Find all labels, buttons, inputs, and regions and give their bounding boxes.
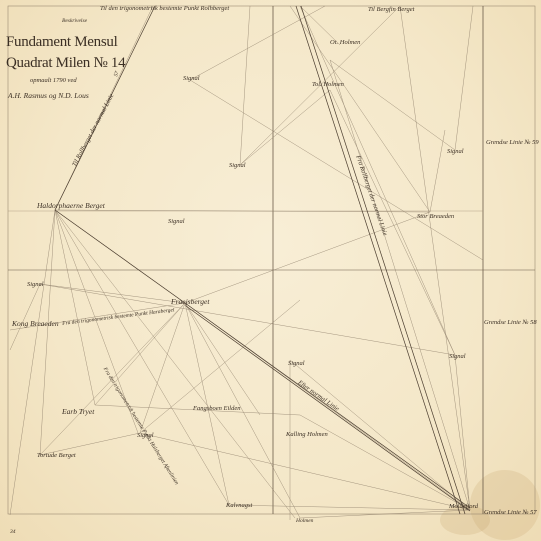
title-heading-small: Beskrivelse bbox=[62, 19, 87, 25]
place-kalvnagst: Kalvnagst bbox=[226, 503, 252, 510]
place-earb-tryet: Earb Tryet bbox=[62, 408, 94, 416]
place-moldefjord: Moldefjord bbox=[449, 504, 478, 511]
place-signal-6: Signal bbox=[288, 361, 305, 368]
label-top-right-direction: Til Bergfin Berget bbox=[368, 7, 414, 14]
corner-note: 34 bbox=[10, 530, 16, 536]
place-signal-2: Signal bbox=[229, 163, 246, 170]
place-stor-breaeden: Stor Breaeden bbox=[417, 214, 454, 221]
place-haldorphaerne-berget: Haldorphaerne Berget bbox=[37, 202, 105, 210]
place-holmen: Holmen bbox=[296, 519, 313, 525]
grid-label-59: Grendse Linie № 59 bbox=[486, 140, 539, 147]
grid-label-57: Grendse Linie № 57 bbox=[484, 510, 537, 517]
triangulation-lines bbox=[0, 0, 541, 541]
place-signal-5: Signal bbox=[27, 282, 44, 289]
place-signal-4: Signal bbox=[168, 219, 185, 226]
place-signal-8: Signal bbox=[137, 433, 154, 440]
survey-date: opmaalt 1790 ved bbox=[30, 78, 77, 85]
place-fangsboen-eilden: Fangsboen Eilden bbox=[193, 406, 240, 413]
place-tol-holmen: Tol. Holmen bbox=[312, 82, 344, 89]
place-ot-holmen: Ot. Holmen bbox=[330, 40, 360, 47]
place-kong-breaeden: Kong Breaeden bbox=[12, 320, 59, 328]
place-signal-7: Signal bbox=[449, 354, 466, 361]
label-top-left-direction: Til den trigonometrisk bestemte Punkt Ro… bbox=[100, 6, 229, 13]
place-fraejsberget: Fraejsberget bbox=[171, 298, 209, 306]
place-kalling-holmen: Kalling Holmen bbox=[286, 432, 328, 439]
map-title-line2: Quadrat Milen № 14 bbox=[6, 56, 125, 71]
survey-map-sheet: Beskrivelse Fundament Mensul Quadrat Mil… bbox=[0, 0, 541, 541]
place-signal-1: Signal bbox=[183, 76, 200, 83]
surveyors: A.H. Rasmus og N.D. Lous bbox=[8, 92, 89, 100]
place-signal-3: Signal bbox=[447, 149, 464, 156]
place-tortude-berget: Tortude Berget bbox=[37, 453, 76, 460]
map-title-line1: Fundament Mensul bbox=[6, 35, 117, 50]
grid-label-58: Grendse Linie № 58 bbox=[484, 320, 537, 327]
